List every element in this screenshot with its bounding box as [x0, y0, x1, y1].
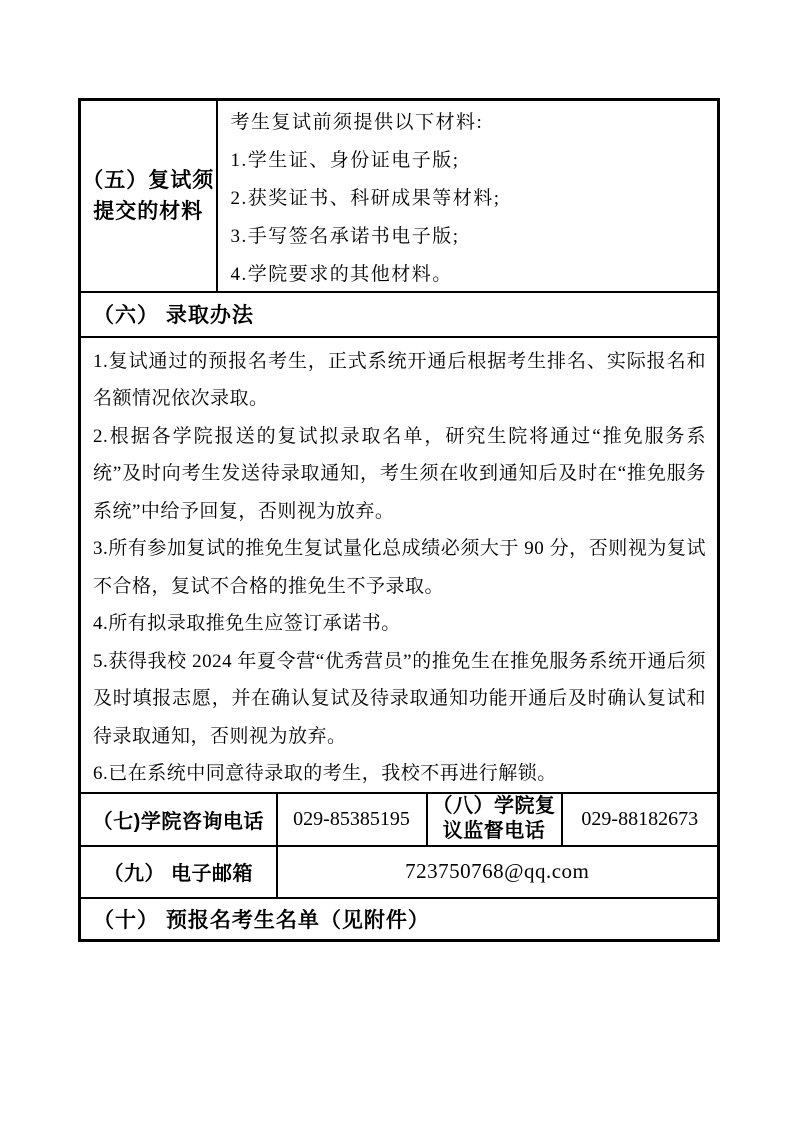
email-label: （九） 电子邮箱	[80, 846, 277, 898]
row-email: （九） 电子邮箱 723750768@qq.com	[80, 846, 719, 898]
row-phones: （七)学院咨询电话 029-85385195 （八）学院复 议监督电话 029-…	[80, 793, 719, 846]
notice-table: （五）复试须 提交的材料 考生复试前须提供以下材料: 1.学生证、身份证电子版;…	[78, 98, 720, 942]
admission-body-cell: 1.复试通过的预报名考生，正式系统开通后根据考生排名、实际报名和名额情况依次录取…	[80, 337, 719, 793]
row-materials: （五）复试须 提交的材料 考生复试前须提供以下材料: 1.学生证、身份证电子版;…	[80, 100, 719, 292]
row-applicant-list: （十） 预报名考生名单（见附件）	[80, 898, 719, 941]
materials-label-line1: （五）复试须	[81, 165, 216, 196]
review-phone-label-line2: 议监督电话	[428, 819, 561, 844]
admission-paragraph-6: 6.已在系统中同意待录取的考生，我校不再进行解锁。	[93, 755, 706, 792]
review-phone-value: 029-88182673	[562, 793, 719, 846]
admission-paragraph-5: 5.获得我校 2024 年夏令营“优秀营员”的推免生在推免服务系统开通后须及时填…	[93, 643, 706, 756]
materials-intro: 考生复试前须提供以下材料:	[231, 104, 710, 142]
admission-paragraph-1: 1.复试通过的预报名考生，正式系统开通后根据考生排名、实际报名和名额情况依次录取…	[93, 343, 706, 418]
admission-paragraph-4: 4.所有拟录取推免生应签订承诺书。	[93, 605, 706, 643]
consult-phone-label: （七)学院咨询电话	[80, 793, 277, 846]
materials-list: 考生复试前须提供以下材料: 1.学生证、身份证电子版; 2.获奖证书、科研成果等…	[218, 101, 718, 290]
materials-label-cell: （五）复试须 提交的材料	[80, 100, 217, 292]
admission-paragraph-3: 3.所有参加复试的推免生复试量化总成绩必须大于 90 分，否则视为复试不合格，复…	[93, 530, 706, 605]
applicant-list-heading: （十） 预报名考生名单（见附件）	[80, 898, 719, 941]
document-page: （五）复试须 提交的材料 考生复试前须提供以下材料: 1.学生证、身份证电子版;…	[0, 0, 793, 1122]
row-admission-heading: （六） 录取办法	[80, 292, 719, 337]
row-admission-body: 1.复试通过的预报名考生，正式系统开通后根据考生排名、实际报名和名额情况依次录取…	[80, 337, 719, 793]
materials-item: 2.获奖证书、科研成果等材料;	[231, 180, 710, 218]
materials-content-cell: 考生复试前须提供以下材料: 1.学生证、身份证电子版; 2.获奖证书、科研成果等…	[217, 100, 719, 292]
materials-label-line2: 提交的材料	[81, 196, 216, 227]
admission-paragraph-2: 2.根据各学院报送的复试拟录取名单，研究生院将通过“推免服务系统”及时向考生发送…	[93, 418, 706, 531]
materials-item: 3.手写签名承诺书电子版;	[231, 218, 710, 256]
admission-paragraphs: 1.复试通过的预报名考生，正式系统开通后根据考生排名、实际报名和名额情况依次录取…	[81, 338, 717, 792]
materials-item: 4.学院要求的其他材料。	[231, 256, 710, 290]
email-value: 723750768@qq.com	[277, 846, 719, 898]
admission-heading: （六） 录取办法	[80, 292, 719, 337]
review-phone-label-line1: （八）学院复	[428, 794, 561, 819]
review-phone-label: （八）学院复 议监督电话	[427, 793, 562, 846]
materials-item: 1.学生证、身份证电子版;	[231, 142, 710, 180]
consult-phone-value: 029-85385195	[277, 793, 427, 846]
